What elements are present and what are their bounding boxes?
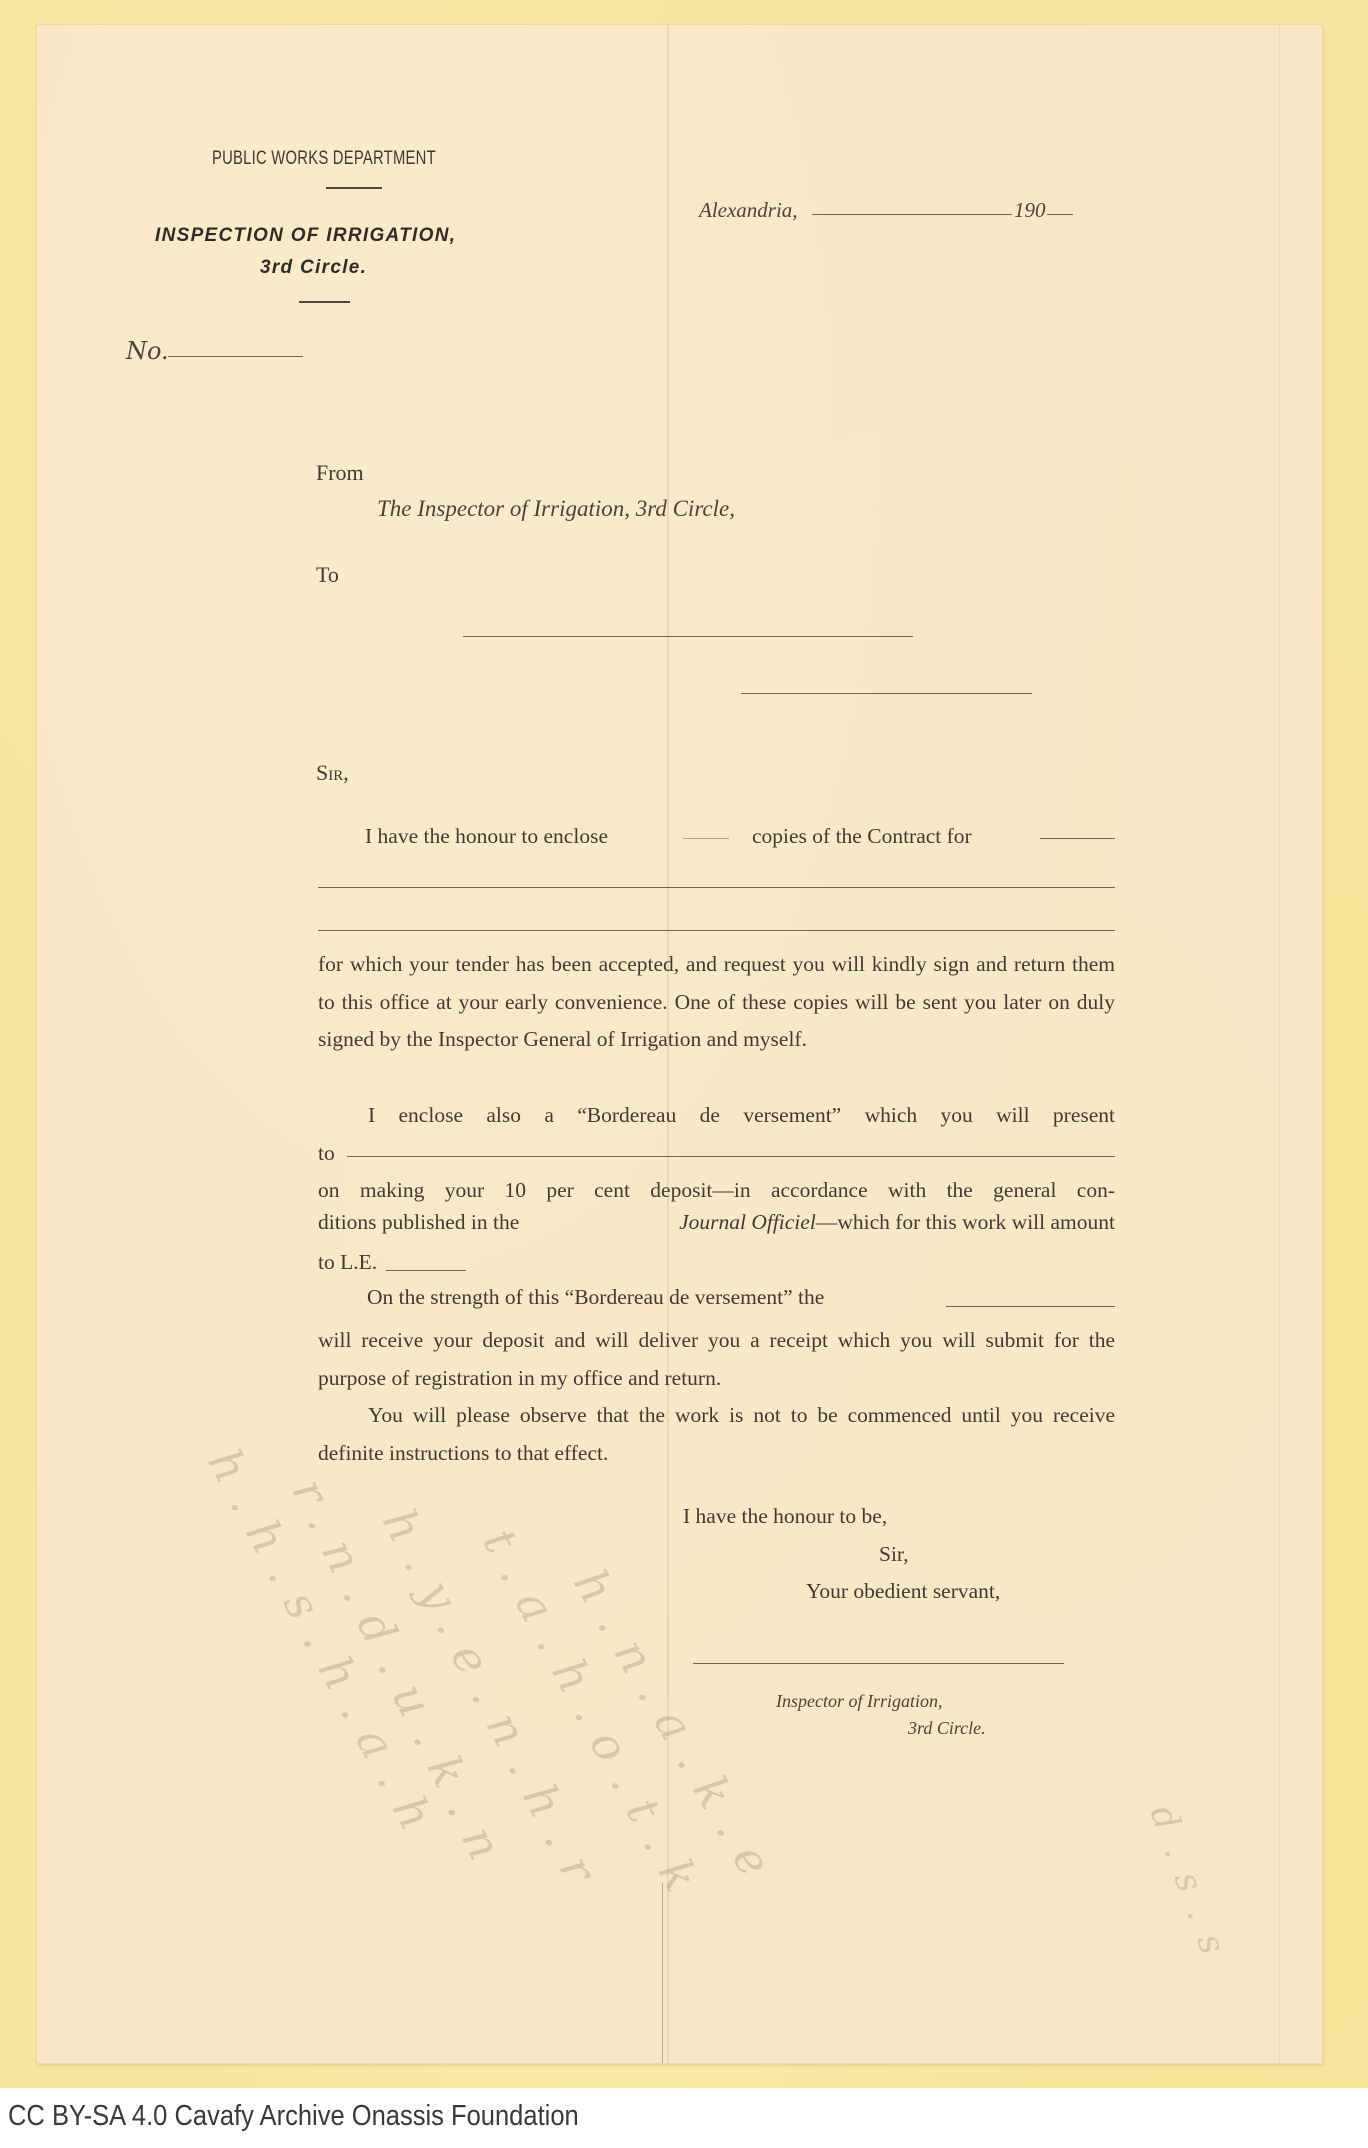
- journal-officiel: Journal Officiel: [679, 1210, 816, 1234]
- heading-divider-2: [299, 301, 350, 303]
- office-heading: INSPECTION OF IRRIGATION,: [155, 225, 456, 247]
- closing-line-1: I have the honour to be,: [683, 1504, 887, 1529]
- reference-number-label: No.: [126, 337, 169, 365]
- body-p3-le: to L.E.: [318, 1250, 377, 1275]
- circle-heading: 3rd Circle.: [260, 257, 367, 279]
- to-label: To: [316, 562, 339, 588]
- body-paragraph-2: for which your tender has been accepted,…: [318, 946, 1115, 1059]
- signature-field[interactable]: [693, 1663, 1064, 1664]
- body-p1-part1: I have the honour to enclose: [365, 824, 608, 849]
- dateline-year: 190: [1014, 198, 1046, 223]
- license-caption: CC BY-SA 4.0 Cavafy Archive Onassis Foun…: [8, 2100, 579, 2133]
- closing-line-2: Sir,: [879, 1542, 909, 1567]
- body-p3-line3: on making your 10 per cent deposit—in ac…: [318, 1172, 1115, 1210]
- body-paragraph-5: You will please observe that the work is…: [318, 1397, 1115, 1472]
- paper-tear: [662, 1883, 663, 2063]
- body-p4-line1: On the strength of this “Bordereau de ve…: [367, 1285, 824, 1310]
- copies-count-field[interactable]: [683, 838, 729, 839]
- contract-subject-line-3[interactable]: [318, 930, 1115, 931]
- heading-divider: [326, 187, 382, 189]
- date-field[interactable]: [812, 214, 1012, 215]
- receiving-office-field[interactable]: [946, 1306, 1115, 1307]
- year-suffix-field[interactable]: [1047, 214, 1073, 215]
- department-heading: PUBLIC WORKS DEPARTMENT: [212, 148, 436, 170]
- body-p3-line4: ditions published in the Journal Officie…: [318, 1210, 1115, 1235]
- recipient-address-field[interactable]: [741, 693, 1032, 694]
- contract-subject-field[interactable]: [1040, 838, 1115, 839]
- body-p3-line4a: ditions published in the: [318, 1210, 519, 1235]
- paper-edge-fold: [1279, 25, 1280, 2063]
- signatory-title-2: 3rd Circle.: [908, 1718, 986, 1739]
- from-value: The Inspector of Irrigation, 3rd Circle,: [377, 496, 735, 522]
- body-p3-to: to: [318, 1141, 335, 1166]
- body-paragraph-4: will receive your deposit and will deliv…: [318, 1322, 1115, 1397]
- from-label: From: [316, 460, 364, 486]
- body-p3-line1: I enclose also a “Bordereau de versement…: [318, 1097, 1115, 1135]
- reference-number-field[interactable]: [168, 356, 303, 357]
- signatory-title-1: Inspector of Irrigation,: [776, 1691, 943, 1712]
- recipient-name-field[interactable]: [463, 636, 913, 637]
- body-p1-part2: copies of the Contract for: [752, 824, 972, 849]
- dateline-place: Alexandria,: [699, 198, 798, 223]
- contract-subject-line-2[interactable]: [318, 887, 1115, 888]
- salutation: Sir,: [316, 760, 349, 786]
- closing-line-3: Your obedient servant,: [806, 1579, 1000, 1604]
- deposit-amount-field[interactable]: [386, 1270, 466, 1271]
- body-p3-line4b: —which for this work will amount: [816, 1210, 1115, 1234]
- deposit-office-field[interactable]: [347, 1156, 1115, 1157]
